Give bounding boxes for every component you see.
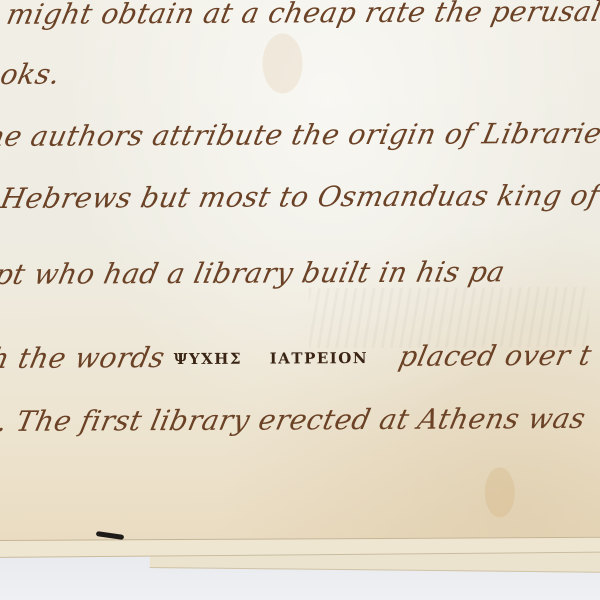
greek-inscription-word: ΙΑΤΡΕΙΟΝ [269, 349, 367, 368]
greek-inscription-word: ΨΥΧΗΣ [174, 350, 242, 368]
handwritten-line: ooks. [0, 58, 63, 91]
handwritten-text: th the words [0, 341, 168, 375]
handwritten-line: h might obtain at a cheap rate the perus… [0, 0, 600, 31]
paper-stain [485, 467, 515, 517]
handwritten-line-with-greek: th the words ΨΥΧΗΣ ΙΑΤΡΕΙΟΝ placed over … [0, 339, 595, 375]
handwritten-line: ypt who had a library built in his pa [0, 255, 508, 291]
handwritten-line: me authors attribute the origin of Libra… [0, 117, 600, 153]
paper-stain [262, 33, 302, 93]
handwritten-text: placed over t [396, 339, 595, 373]
manuscript-photo: h might obtain at a cheap rate the perus… [0, 0, 600, 600]
handwritten-line: l Hebrews but most to Osmanduas king of [0, 179, 600, 215]
handwritten-line: n. The first library erected at Athens w… [0, 402, 589, 438]
manuscript-page: h might obtain at a cheap rate the perus… [0, 0, 600, 541]
